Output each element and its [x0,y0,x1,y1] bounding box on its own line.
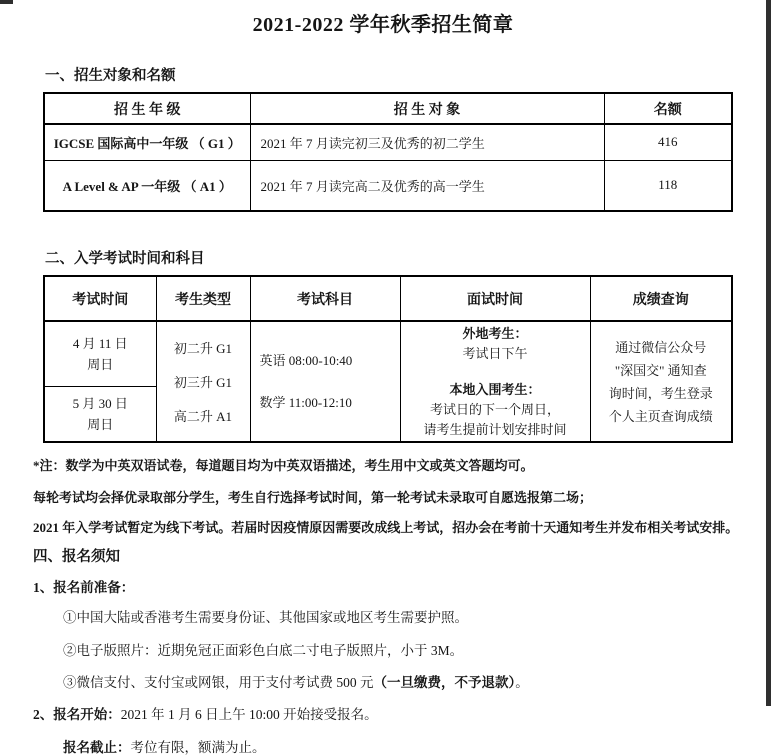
section4-heading: 四、报名须知 [33,545,120,566]
candidate-types-cell: 初二升 G1 初三升 G1 高二升 A1 [156,321,250,442]
local-candidates-time: 请考生提前计划安排时间 [401,420,590,440]
col-header-exam-time: 考试时间 [44,276,156,321]
table-header-row: 招 生 年 级 招 生 对 象 名额 [44,93,732,124]
score-query-text: 个人主页查询成绩 [591,405,732,428]
registration-deadline-text: 考位有限，额满为止。 [131,740,266,755]
page-title: 2021-2022 学年秋季招生简章 [0,8,766,37]
prep-payment-no-refund: （一旦缴费，不予退款） [374,675,516,690]
target-cell: 2021 年 7 月读完高二及优秀的高一学生 [250,160,604,211]
exam-date: 5 月 30 日 [45,393,156,414]
exam-schedule-table: 考试时间 考生类型 考试科目 面试时间 成绩查询 4 月 11 日 周日 初二升… [43,275,733,443]
table-row: A Level & AP 一年级 （ A1 ） 2021 年 7 月读完高二及优… [44,160,732,211]
score-query-text: 通过微信公众号 [591,336,732,359]
grade-cell: IGCSE 国际高中一年级 （ G1 ） [44,124,250,160]
grade-cell: A Level & AP 一年级 （ A1 ） [44,160,250,211]
interview-time-cell: 外地考生： 考试日下午 本地入围考生： 考试日的下一个周日， 请考生提前计划安排… [400,321,590,442]
quota-cell: 416 [604,124,732,160]
prep-payment-text: ③微信支付、支付宝或网银，用于支付考试费 500 元 [63,675,374,690]
remote-candidates-label: 外地考生： [401,324,590,344]
spacer [401,364,590,380]
prep-payment-period: 。 [515,675,529,690]
prep-item-photo: ②电子版照片：近期免冠正面彩色白底二寸电子版照片，小于 3M。 [63,639,463,659]
note-bilingual-exam: *注：数学为中英双语试卷，每道题目均为中英双语描述，考生用中文或英文答题均可。 [33,455,534,474]
candidate-type: 初三升 G1 [157,372,250,391]
col-header-target: 招 生 对 象 [250,93,604,124]
quota-cell: 118 [604,160,732,211]
prep-item-id-document: ①中国大陆或香港考生需要身份证、其他国家或地区考生需要护照。 [63,606,468,626]
section2-heading: 二、入学考试时间和科目 [45,247,205,268]
scan-edge-artifact-right [766,0,771,706]
col-header-subjects: 考试科目 [250,276,400,321]
table-header-row: 考试时间 考生类型 考试科目 面试时间 成绩查询 [44,276,732,321]
exam-weekday: 周日 [45,414,156,435]
scan-edge-artifact-top-left [0,0,13,4]
registration-prep-label: 1、报名前准备： [33,576,134,596]
local-candidates-label: 本地入围考生： [401,380,590,400]
local-candidates-time: 考试日的下一个周日， [401,400,590,420]
score-query-text: "深国交" 通知查 [591,359,732,382]
exam-weekday: 周日 [45,354,156,375]
exam-date-cell: 5 月 30 日 周日 [44,386,156,442]
subject-time: 数学 11:00-12:10 [260,393,352,413]
section1-heading: 一、招生对象和名额 [45,64,176,85]
exam-date: 4 月 11 日 [45,333,156,354]
registration-deadline-label: 报名截止： [63,740,131,755]
prep-item-payment: ③微信支付、支付宝或网银，用于支付考试费 500 元（一旦缴费，不予退款）。 [63,671,529,691]
registration-start-text: 2021 年 1 月 6 日上午 10:00 开始接受报名。 [121,707,378,722]
exam-date-cell: 4 月 11 日 周日 [44,321,156,386]
candidate-type: 初二升 G1 [157,338,250,357]
registration-deadline-line: 报名截止：考位有限，额满为止。 [63,736,266,756]
candidate-type: 高二升 A1 [157,406,250,425]
subjects-cell: 英语 08:00-10:40 数学 11:00-12:10 [250,321,400,442]
col-header-candidate-type: 考生类型 [156,276,250,321]
subject-time: 英语 08:00-10:40 [260,351,353,371]
note-admission-rounds: 每轮考试均会择优录取部分学生，考生自行选择考试时间，第一轮考试未录取可自愿选报第… [33,487,592,506]
note-offline-exam: 2021 年入学考试暂定为线下考试。若届时因疫情原因需要改成线上考试，招办会在考… [33,517,738,536]
table-row: IGCSE 国际高中一年级 （ G1 ） 2021 年 7 月读完初三及优秀的初… [44,124,732,160]
col-header-quota: 名额 [604,93,732,124]
remote-candidates-time: 考试日下午 [401,344,590,364]
col-header-interview-time: 面试时间 [400,276,590,321]
score-query-text: 询时间，考生登录 [591,382,732,405]
col-header-grade: 招 生 年 级 [44,93,250,124]
registration-start-line: 2、报名开始：2021 年 1 月 6 日上午 10:00 开始接受报名。 [33,703,378,723]
target-cell: 2021 年 7 月读完初三及优秀的初二学生 [250,124,604,160]
admissions-quota-table: 招 生 年 级 招 生 对 象 名额 IGCSE 国际高中一年级 （ G1 ） … [43,92,733,212]
score-query-cell: 通过微信公众号 "深国交" 通知查 询时间，考生登录 个人主页查询成绩 [590,321,732,442]
table-row: 4 月 11 日 周日 初二升 G1 初三升 G1 高二升 A1 英语 08:0… [44,321,732,386]
col-header-score-query: 成绩查询 [590,276,732,321]
registration-start-label: 2、报名开始： [33,707,121,722]
